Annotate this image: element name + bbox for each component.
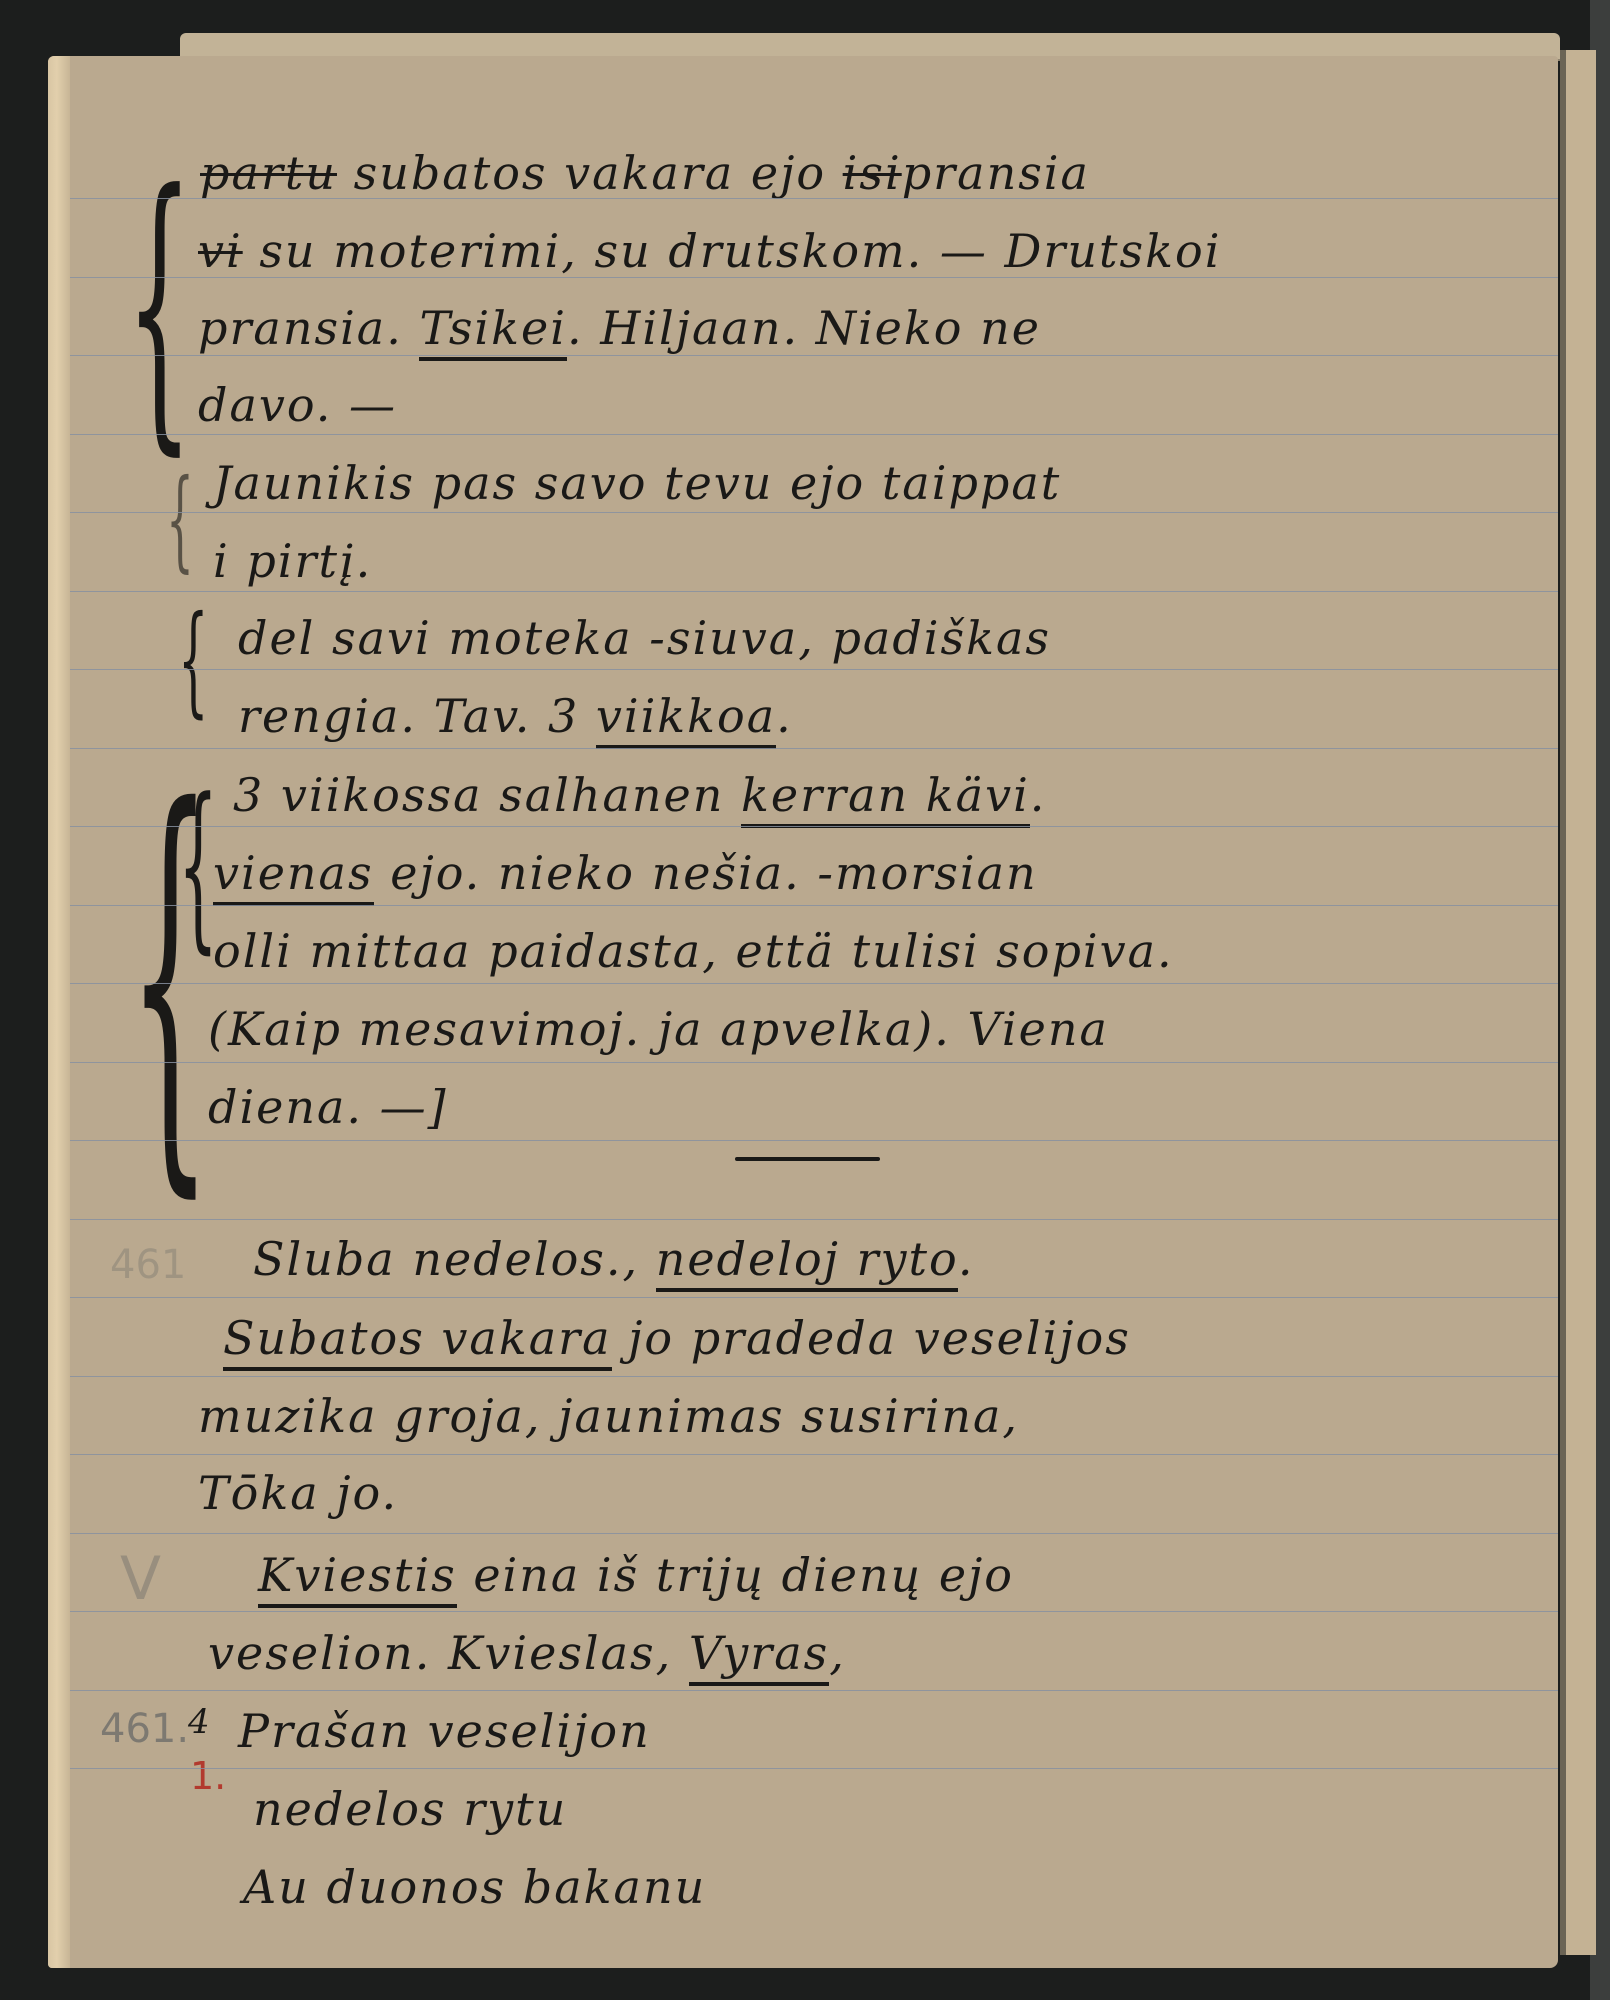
text-span: . — [1030, 768, 1047, 822]
curly-brace-mark: { — [166, 464, 194, 574]
struck-word: isi — [843, 146, 902, 200]
handwritten-line: Tōka jo. — [198, 1466, 398, 1520]
ruled-line — [70, 1611, 1558, 1612]
handwritten-line: (Kaip mesavimoj. ja apvelka). Viena — [208, 1002, 1109, 1056]
pencil-margin-number-bottom: 461. — [100, 1706, 189, 1752]
text-span: Jaunikis pas savo tevu ejo taippat — [213, 456, 1061, 510]
ruled-line — [70, 1062, 1558, 1063]
underlined-word: nedeloj ryto — [656, 1232, 958, 1292]
text-span: . Hiljaan. Nieko ne — [567, 301, 1041, 355]
ruled-line — [70, 748, 1558, 749]
next-page-edge — [1560, 50, 1596, 1955]
text-span: nedelos rytu — [253, 1782, 567, 1836]
underlined-word: Tsikei — [419, 301, 566, 361]
handwritten-line: i pirtį. — [213, 534, 372, 588]
ruled-line — [70, 1533, 1558, 1534]
handwritten-line: rengia. Tav. 3 viikkoa. — [238, 689, 793, 743]
handwritten-line: Au duonos bakanu — [243, 1860, 706, 1914]
handwritten-line: Kviestis eina iš trijų dienų ejo — [258, 1548, 1014, 1602]
handwritten-line: vi su moterimi, su drutskom. — Drutskoi — [198, 224, 1221, 278]
underlined-word: Kviestis — [258, 1548, 457, 1608]
ruled-line — [70, 355, 1558, 356]
ruled-line — [70, 1454, 1558, 1455]
handwritten-line: veselion. Kvieslas, Vyras, — [208, 1626, 846, 1680]
handwritten-line: partu subatos vakara ejo isipransia — [200, 146, 1090, 200]
ruled-line — [70, 1297, 1558, 1298]
underlined-word: viikkoa — [596, 689, 776, 749]
ruled-line — [70, 1690, 1558, 1691]
underlined-word: Vyras — [689, 1626, 829, 1686]
ruled-line — [70, 198, 1558, 199]
text-span: 3 viikossa salhanen — [233, 768, 741, 822]
text-span: pransia. — [198, 301, 419, 355]
ruled-line — [70, 1376, 1558, 1377]
text-span: su moterimi, su drutskom. — Drutskoi — [243, 224, 1222, 278]
text-span: Au duonos bakanu — [243, 1860, 706, 1914]
ruled-line — [70, 1140, 1558, 1141]
handwritten-line: del savi moteka -siuva, padiškas — [238, 611, 1051, 665]
ruled-line — [70, 905, 1558, 906]
ruled-line — [70, 277, 1558, 278]
handwritten-line: 3 viikossa salhanen kerran kävi. — [233, 768, 1046, 822]
text-span: i pirtį. — [213, 534, 372, 588]
text-span: diena. —] — [208, 1080, 448, 1134]
text-span: eina iš trijų dienų ejo — [457, 1548, 1014, 1602]
text-span: jo pradeda veselijos — [612, 1311, 1131, 1365]
handwritten-line: Subatos vakara jo pradeda veselijos — [223, 1311, 1131, 1365]
curly-brace-mark: { — [178, 601, 209, 721]
handwritten-line: davo. — — [198, 378, 397, 432]
struck-word: vi — [198, 224, 243, 278]
handwritten-line: olli mittaa paidasta, että tulisi sopiva… — [213, 924, 1174, 978]
red-pencil-number: 1. — [190, 1754, 226, 1798]
pencil-margin-number-top: 461 — [110, 1242, 186, 1288]
handwritten-line: vienas ejo. nieko nešia. -morsian — [213, 846, 1038, 900]
text-span: muzika groja, jaunimas susirina, — [198, 1389, 1019, 1443]
handwritten-line: nedelos rytu — [253, 1782, 567, 1836]
text-span: Tōka jo. — [198, 1466, 398, 1520]
text-span: davo. — — [198, 378, 397, 432]
text-span: (Kaip mesavimoj. ja apvelka). Viena — [208, 1002, 1109, 1056]
text-span: . — [958, 1232, 975, 1286]
underlined-word: vienas — [213, 846, 374, 906]
underlined-word: kerran kävi — [741, 768, 1030, 828]
ruled-line — [70, 591, 1558, 592]
notebook-page: 461 V 461. 4 1. { { { { { partu subatos … — [48, 56, 1558, 1968]
handwritten-line: diena. —] — [208, 1080, 448, 1134]
text-span: rengia. Tav. 3 — [238, 689, 596, 743]
handwritten-line: Prašan veselijon — [238, 1704, 651, 1758]
curly-brace-mark: { — [126, 156, 193, 456]
ruled-line — [70, 983, 1558, 984]
page-left-edge — [48, 56, 70, 1968]
handwritten-line: muzika groja, jaunimas susirina, — [198, 1389, 1019, 1443]
text-span: , — [829, 1626, 846, 1680]
text-span: subatos vakara ejo — [337, 146, 843, 200]
text-span: ejo. nieko nešia. -morsian — [374, 846, 1038, 900]
text-span: Prašan veselijon — [238, 1704, 651, 1758]
ruled-line — [70, 669, 1558, 670]
ruled-line — [70, 826, 1558, 827]
handwritten-line: Sluba nedelos., nedeloj ryto. — [253, 1232, 975, 1286]
text-span: . — [776, 689, 793, 743]
ruled-line — [70, 434, 1558, 435]
ruled-line — [70, 1219, 1558, 1220]
pencil-check-mark: V — [120, 1544, 161, 1614]
text-span: veselion. Kvieslas, — [208, 1626, 689, 1680]
struck-word: partu — [200, 146, 337, 200]
text-span: Sluba nedelos., — [253, 1232, 656, 1286]
text-span: del savi moteka -siuva, padiškas — [238, 611, 1051, 665]
section-separator-rule — [735, 1157, 880, 1161]
text-span: olli mittaa paidasta, että tulisi sopiva… — [213, 924, 1174, 978]
underlined-word: Subatos vakara — [223, 1311, 612, 1371]
ruled-line — [70, 1768, 1558, 1769]
handwritten-line: Jaunikis pas savo tevu ejo taippat — [213, 456, 1061, 510]
ink-item-number: 4 — [188, 1702, 212, 1742]
ruled-line — [70, 512, 1558, 513]
handwritten-line: pransia. Tsikei. Hiljaan. Nieko ne — [198, 301, 1041, 355]
text-span: pransia — [902, 146, 1090, 200]
